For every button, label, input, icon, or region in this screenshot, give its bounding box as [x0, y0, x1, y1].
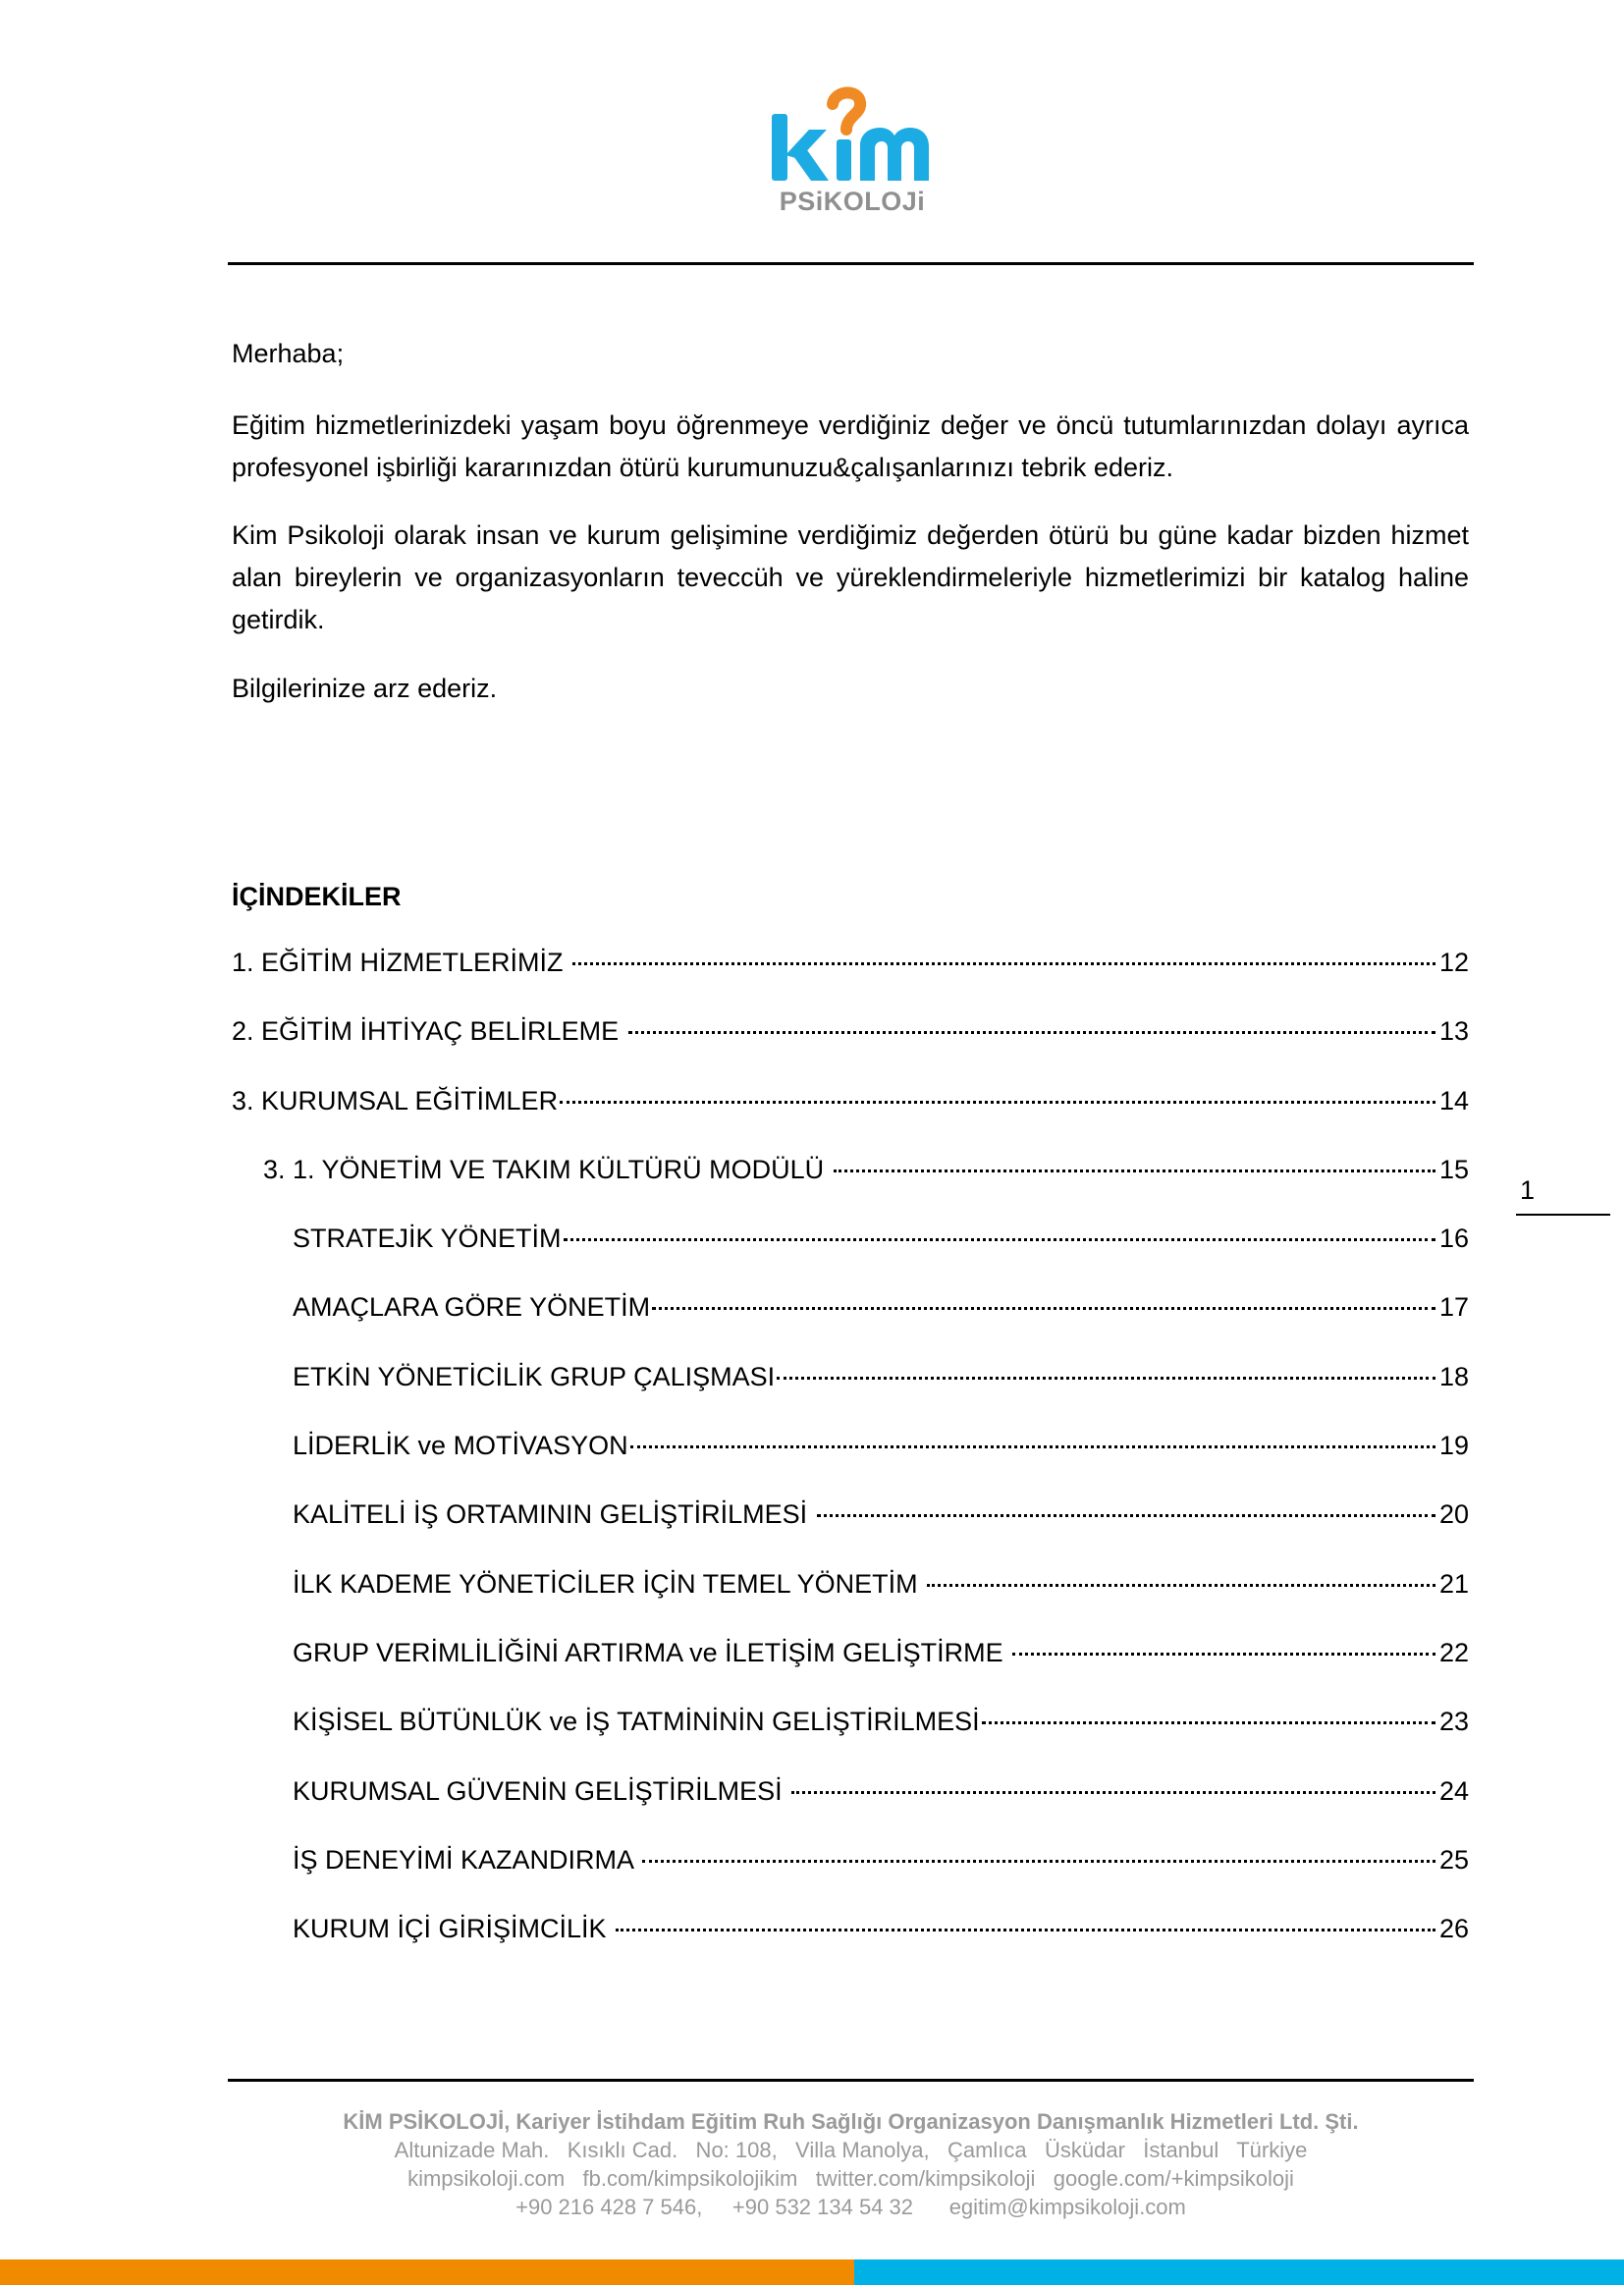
toc-title: İÇİNDEKİLER: [232, 877, 402, 916]
question-mark-icon: [833, 92, 860, 130]
toc-entry-label: AMAÇLARA GÖRE YÖNETİM: [293, 1287, 650, 1327]
logo-graphic: PSiKOLOJi: [766, 84, 938, 217]
header-divider: [228, 262, 1474, 265]
toc-entry[interactable]: STRATEJİK YÖNETİM16: [232, 1219, 1469, 1287]
toc-entry-page: 26: [1439, 1909, 1469, 1948]
toc-dot-leader: [628, 1031, 1435, 1034]
toc-entry[interactable]: ETKİN YÖNETİCİLİK GRUP ÇALIŞMASI18: [232, 1357, 1469, 1426]
toc-entry[interactable]: LİDERLİK ve MOTİVASYON19: [232, 1426, 1469, 1495]
toc-dot-leader: [642, 1860, 1435, 1863]
toc-entry-label: İLK KADEME YÖNETİCİLER İÇİN TEMEL YÖNETİ…: [293, 1564, 925, 1604]
toc-entry[interactable]: 3. KURUMSAL EĞİTİMLER14: [232, 1081, 1469, 1150]
toc-entry[interactable]: KURUMSAL GÜVENİN GELİŞTİRİLMESİ 24: [232, 1771, 1469, 1840]
footer-bar-blue: [854, 2259, 1624, 2285]
toc-dot-leader: [564, 1238, 1435, 1241]
footer-address: Altunizade Mah. Kısıklı Cad. No: 108, Vi…: [228, 2136, 1474, 2164]
toc-entry-page: 17: [1439, 1287, 1469, 1327]
toc-entry-label: KURUMSAL GÜVENİN GELİŞTİRİLMESİ: [293, 1771, 789, 1811]
toc-dot-leader: [630, 1445, 1435, 1448]
table-of-contents: 1. EĞİTİM HİZMETLERİMİZ 122. EĞİTİM İHTİ…: [232, 943, 1469, 1978]
page-number: 1: [1520, 1172, 1535, 1208]
logo-k-letter: [772, 114, 829, 181]
intro-paragraph-1: Eğitim hizmetlerinizdeki yaşam boyu öğre…: [232, 405, 1469, 489]
toc-entry-page: 20: [1439, 1495, 1469, 1534]
logo-m-letter: [860, 128, 929, 181]
toc-entry-label: 3. KURUMSAL EĞİTİMLER: [232, 1081, 558, 1120]
toc-entry-label: STRATEJİK YÖNETİM: [293, 1219, 562, 1258]
logo-i-stem: [837, 139, 851, 181]
toc-dot-leader: [616, 1929, 1435, 1931]
toc-entry-page: 18: [1439, 1357, 1469, 1396]
footer: KİM PSİKOLOJİ, Kariyer İstihdam Eğitim R…: [228, 2107, 1474, 2221]
toc-entry[interactable]: 2. EĞİTİM İHTİYAÇ BELİRLEME 13: [232, 1011, 1469, 1080]
toc-entry-label: GRUP VERİMLİLİĞİNİ ARTIRMA ve İLETİŞİM G…: [293, 1633, 1010, 1672]
toc-entry-label: 3. 1. YÖNETİM VE TAKIM KÜLTÜRÜ MODÜLÜ: [263, 1150, 832, 1189]
intro-paragraph-2: Kim Psikoloji olarak insan ve kurum geli…: [232, 515, 1469, 641]
toc-entry-label: KURUM İÇİ GİRİŞİMCİLİK: [293, 1909, 614, 1948]
toc-entry-label: 2. EĞİTİM İHTİYAÇ BELİRLEME: [232, 1011, 626, 1051]
toc-dot-leader: [560, 1101, 1435, 1104]
toc-dot-leader: [791, 1791, 1435, 1794]
footer-contact[interactable]: +90 216 428 7 546, +90 532 134 54 32 egi…: [228, 2193, 1474, 2221]
toc-entry[interactable]: 1. EĞİTİM HİZMETLERİMİZ 12: [232, 943, 1469, 1011]
greeting: Merhaba;: [232, 333, 1469, 375]
footer-bar-orange: [0, 2259, 854, 2285]
toc-dot-leader: [982, 1721, 1435, 1724]
toc-dot-leader: [1012, 1653, 1435, 1656]
footer-company: KİM PSİKOLOJİ, Kariyer İstihdam Eğitim R…: [228, 2107, 1474, 2136]
toc-entry-page: 23: [1439, 1702, 1469, 1741]
toc-entry-page: 25: [1439, 1840, 1469, 1879]
toc-entry-page: 14: [1439, 1081, 1469, 1120]
toc-entry[interactable]: KALİTELİ İŞ ORTAMININ GELİŞTİRİLMESİ 20: [232, 1495, 1469, 1563]
kim-psikoloji-logo: PSiKOLOJi: [766, 84, 938, 217]
toc-dot-leader: [927, 1584, 1435, 1587]
toc-entry-page: 12: [1439, 943, 1469, 982]
toc-entry-page: 19: [1439, 1426, 1469, 1465]
toc-entry[interactable]: KURUM İÇİ GİRİŞİMCİLİK 26: [232, 1909, 1469, 1978]
toc-entry-label: LİDERLİK ve MOTİVASYON: [293, 1426, 628, 1465]
toc-dot-leader: [834, 1170, 1435, 1172]
toc-entry[interactable]: AMAÇLARA GÖRE YÖNETİM17: [232, 1287, 1469, 1356]
toc-entry-label: 1. EĞİTİM HİZMETLERİMİZ: [232, 943, 570, 982]
toc-entry-page: 21: [1439, 1564, 1469, 1604]
toc-entry-page: 22: [1439, 1633, 1469, 1672]
toc-entry[interactable]: GRUP VERİMLİLİĞİNİ ARTIRMA ve İLETİŞİM G…: [232, 1633, 1469, 1702]
toc-entry-label: KALİTELİ İŞ ORTAMININ GELİŞTİRİLMESİ: [293, 1495, 815, 1534]
toc-entry-page: 16: [1439, 1219, 1469, 1258]
closing-line: Bilgilerinize arz ederiz.: [232, 668, 1469, 710]
toc-dot-leader: [817, 1514, 1435, 1517]
toc-entry-label: İŞ DENEYİMİ KAZANDIRMA: [293, 1840, 640, 1879]
toc-entry-page: 13: [1439, 1011, 1469, 1051]
toc-entry[interactable]: 3. 1. YÖNETİM VE TAKIM KÜLTÜRÜ MODÜLÜ 15: [232, 1150, 1469, 1219]
toc-entry-page: 15: [1439, 1150, 1469, 1189]
toc-entry[interactable]: İŞ DENEYİMİ KAZANDIRMA 25: [232, 1840, 1469, 1909]
toc-entry-label: ETKİN YÖNETİCİLİK GRUP ÇALIŞMASI: [293, 1357, 775, 1396]
logo-subtitle: PSiKOLOJi: [780, 187, 926, 216]
toc-entry[interactable]: KİŞİSEL BÜTÜNLÜK ve İŞ TATMİNİNİN GELİŞT…: [232, 1702, 1469, 1770]
page-number-rule: [1516, 1214, 1610, 1216]
toc-dot-leader: [652, 1307, 1435, 1310]
toc-entry-label: KİŞİSEL BÜTÜNLÜK ve İŞ TATMİNİNİN GELİŞT…: [293, 1702, 980, 1741]
toc-dot-leader: [572, 962, 1435, 965]
toc-dot-leader: [777, 1377, 1435, 1380]
footer-divider: [228, 2079, 1474, 2082]
toc-entry[interactable]: İLK KADEME YÖNETİCİLER İÇİN TEMEL YÖNETİ…: [232, 1564, 1469, 1633]
toc-entry-page: 24: [1439, 1771, 1469, 1811]
footer-links[interactable]: kimpsikoloji.com fb.com/kimpsikolojikim …: [228, 2164, 1474, 2193]
